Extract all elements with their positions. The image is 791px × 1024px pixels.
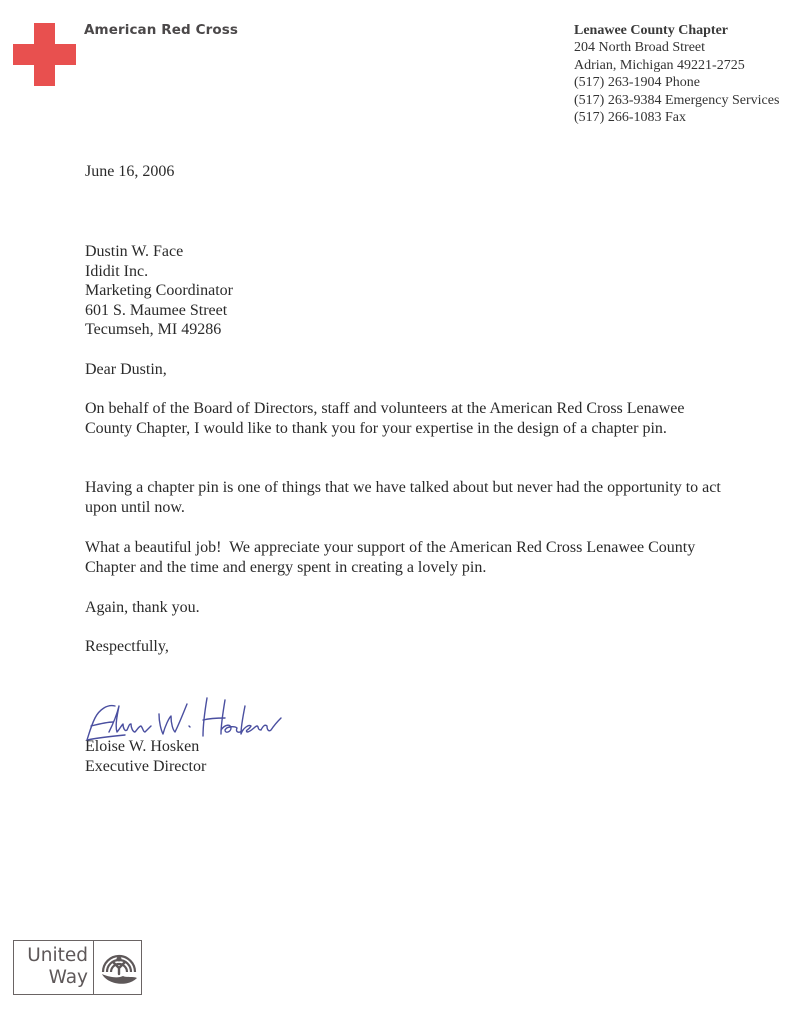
chapter-name: Lenawee County Chapter — [574, 22, 779, 39]
chapter-fax: (517) 266-1083 Fax — [574, 109, 779, 126]
recipient-street: 601 S. Maumee Street — [85, 301, 233, 321]
organization-name: American Red Cross — [84, 22, 238, 38]
closing: Respectfully, — [85, 638, 169, 656]
recipient-address-block: Dustin W. Face Ididit Inc. Marketing Coo… — [85, 242, 233, 340]
chapter-address-block: Lenawee County Chapter 204 North Broad S… — [574, 22, 779, 126]
signer-name: Eloise W. Hosken — [85, 737, 206, 757]
chapter-city: Adrian, Michigan 49221-2725 — [574, 57, 779, 74]
salutation: Dear Dustin, — [85, 361, 167, 379]
united-way-wordmark: United Way — [14, 941, 94, 994]
signer-title: Executive Director — [85, 757, 206, 777]
red-cross-icon — [13, 23, 76, 86]
united-way-line1: United — [14, 945, 88, 967]
united-way-emblem-icon — [97, 944, 141, 991]
signer-block: Eloise W. Hosken Executive Director — [85, 737, 206, 777]
recipient-city: Tecumseh, MI 49286 — [85, 320, 233, 340]
recipient-name: Dustin W. Face — [85, 242, 233, 262]
body-paragraph: Again, thank you. — [85, 598, 725, 618]
united-way-line2: Way — [14, 967, 88, 989]
body-paragraph: What a beautiful job! We appreciate your… — [85, 538, 725, 578]
recipient-company: Ididit Inc. — [85, 262, 233, 282]
chapter-street: 204 North Broad Street — [574, 39, 779, 56]
recipient-title: Marketing Coordinator — [85, 281, 233, 301]
chapter-phone: (517) 263-1904 Phone — [574, 74, 779, 91]
chapter-emergency-phone: (517) 263-9384 Emergency Services — [574, 92, 779, 109]
united-way-logo: United Way — [13, 940, 142, 995]
body-paragraph: Having a chapter pin is one of things th… — [85, 478, 725, 518]
body-paragraph: On behalf of the Board of Directors, sta… — [85, 399, 725, 439]
letter-date: June 16, 2006 — [85, 163, 174, 181]
